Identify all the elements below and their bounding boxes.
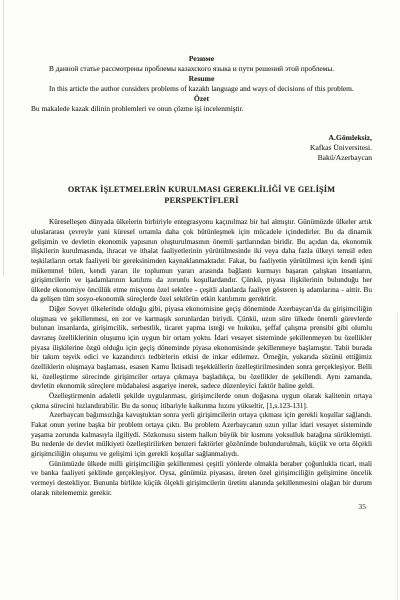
author-affiliation: Kafkas Üniversitesi. [31, 143, 372, 153]
body-paragraph-5: Günümüzde ülkede milli girişimciliğin şe… [31, 459, 372, 498]
author-block: A.Gömleksiz, Kafkas Üniversitesi. Bakü/A… [31, 133, 372, 164]
scanned-paper-page: Резюме В данной статье рассмотрены пробл… [0, 0, 400, 600]
body-paragraph-4: Azerbaycan bağımsızlığa kavuştuktan sonr… [31, 410, 372, 458]
abstract-text-english: In this article the author considers pro… [31, 84, 372, 94]
abstract-text-russian: В данной статье рассмотрены проблемы каз… [31, 64, 372, 74]
article-body: Küreselleşen dünyada ülkelerin birbiriyl… [31, 217, 372, 497]
abstract-heading-ozet: Özet [31, 94, 372, 104]
author-location: Bakü/Azerbaycan [31, 153, 372, 163]
body-paragraph-1: Küreselleşen dünyada ülkelerin birbiriyl… [31, 217, 372, 304]
page-number: 35 [31, 502, 372, 511]
scan-edge-artifact-left [3, 0, 4, 276]
body-paragraph-3: Özelleştirmenin adaletli şekilde uygulan… [31, 391, 372, 410]
abstract-heading-russian: Резюме [31, 54, 372, 64]
abstract-heading-english: Resume [31, 74, 372, 84]
author-name: A.Gömleksiz, [31, 133, 372, 143]
article-title: ORTAK İŞLETMELERİN KURULMASI GEREKLİLİĞİ… [52, 184, 352, 206]
scan-edge-artifact-right [397, 312, 398, 600]
abstract-text-ozet: Bu makalede kazak dilinin problemleri ve… [31, 104, 372, 114]
body-paragraph-2: Diğer Sovyet ülkelerinde olduğu gibi, pi… [31, 304, 372, 391]
